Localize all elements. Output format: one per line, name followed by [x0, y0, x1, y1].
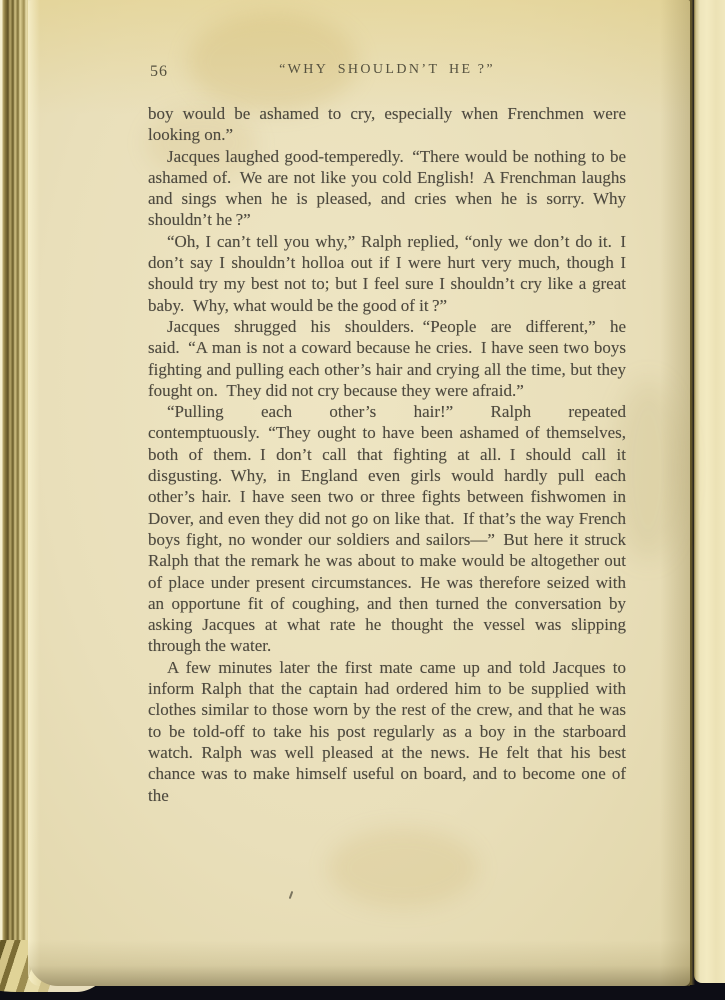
body-paragraph: “Pulling each other’s hair!” Ralph repea… [148, 401, 626, 657]
body-paragraph: boy would be ashamed to cry, especially … [148, 103, 626, 146]
body-paragraph: Jacques laughed good-temperedly. “There … [148, 146, 626, 231]
body-paragraph: A few minutes later the first mate came … [148, 657, 626, 806]
running-header: 56 “WHY SHOULDN’T HE ?” [148, 62, 626, 82]
page-left-highlight [28, 0, 40, 986]
book-scan: 56 “WHY SHOULDN’T HE ?” boy would be ash… [0, 0, 725, 1000]
book-page: 56 “WHY SHOULDN’T HE ?” boy would be ash… [28, 0, 690, 986]
body-paragraph: “Oh, I can’t tell you why,” Ralph replie… [148, 231, 626, 316]
body-paragraph: Jacques shrugged his shoulders. “People … [148, 316, 626, 401]
paper-stain [328, 828, 478, 908]
page-text: boy would be ashamed to cry, especially … [148, 103, 626, 806]
running-title: “WHY SHOULDN’T HE ?” [148, 62, 626, 78]
adjacent-page-edge [694, 0, 725, 983]
page-bottom-shading [28, 940, 690, 986]
print-speck [289, 891, 294, 899]
page-number: 56 [150, 63, 168, 81]
text-block: 56 “WHY SHOULDN’T HE ?” boy would be ash… [148, 62, 626, 806]
